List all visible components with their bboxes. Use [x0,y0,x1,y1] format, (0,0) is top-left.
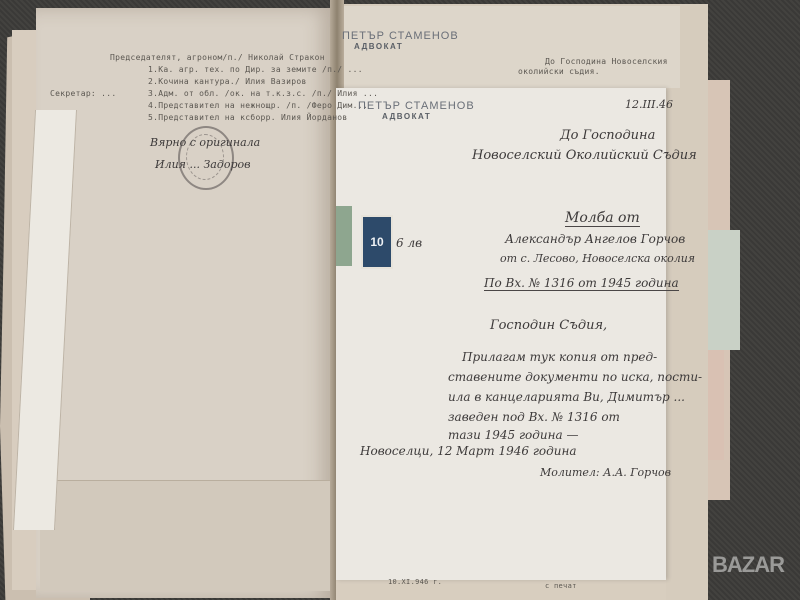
left-page-lower-sheet [40,480,336,591]
stamp-value: 10 [370,235,383,249]
typed-line: 3.Адм. от обл. /ок. на т.к.з.с. /п./ Или… [148,88,378,100]
body-line: ила в канцеларията Ви, Димитър ... [448,390,685,404]
footer-typed: с печат [545,580,577,592]
typed-line: 1.Ка. агр. тех. по Дир. за земите /п./ .… [148,64,363,76]
revenue-stamp-green [336,206,352,266]
typed-line: 4.Представител на нежнощр. /п. /Феро Дим… [148,100,368,112]
watermark-logo: BAZAR [712,552,784,578]
body-line: тази 1945 година — [448,428,578,442]
typed-address-line: околийски съдия. [518,66,600,78]
case-reference: По Вх. № 1316 от 1945 година [484,276,679,291]
typed-line: 2.Кочина кантура./ Илия Вазиров [148,76,307,88]
margin-note: Секретар: ... [50,88,117,100]
footer-typed: 10.XI.946 г. [388,576,442,588]
letterhead-title: АДВОКАТ [382,112,431,121]
body-line: ставените документи по иска, пости- [448,370,702,384]
typed-line: 5.Представител на ксборр. Илия Йорданов [148,112,348,124]
letterhead-name: ПЕТЪР СТАМЕНОВ [358,100,475,112]
letterhead-title-back: АДВОКАТ [354,42,403,51]
place-and-date: Новоселци, 12 Март 1946 година [360,444,577,458]
certification-signature: Илия ... Задоров [155,158,251,171]
body-line: заведен под Вх. № 1316 от [448,410,620,424]
typed-line: Председателят, агроном/п./ Николай Страк… [110,52,325,64]
revenue-stamp-blue: 10 [361,215,393,269]
salutation: Господин Съдия, [490,318,607,333]
petitioner-line: Александър Ангелов Горчов [505,232,685,246]
fee-note: 6 лв [396,236,422,250]
address-line: До Господина [560,128,655,143]
petition-title: Молба от [565,210,640,227]
body-line: Прилагам тук копия от пред- [462,350,657,364]
address-line: Новоселский Околийский Съдия [472,148,697,163]
date-corner: 12.III.46 [625,98,673,111]
letterhead-name-back: ПЕТЪР СТАМЕНОВ [342,30,459,42]
signature: Молител: А.А. Горчов [540,466,671,479]
certification-line: Вярно с оригинала [150,136,260,149]
petitioner-line: от с. Лесово, Новоселска околия [500,252,695,265]
